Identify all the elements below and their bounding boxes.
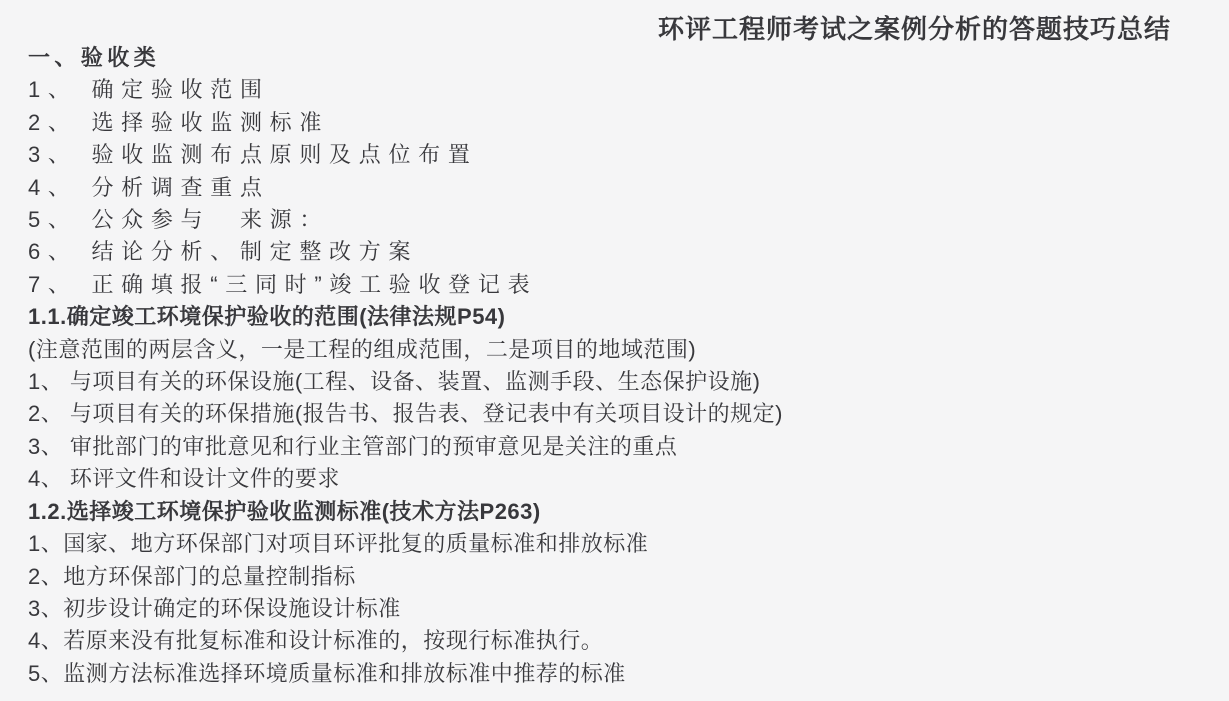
list-item: 3、初步设计确定的环保设施设计标准 xyxy=(28,593,1229,625)
list-item: 5、 公众参与 来源： xyxy=(28,204,1229,236)
list-item: 3、 验收监测布点原则及点位布置 xyxy=(28,139,1229,171)
list-item: 2、 选择验收监测标准 xyxy=(28,107,1229,139)
list-item: 4、若原来没有批复标准和设计标准的，按现行标准执行。 xyxy=(28,625,1229,657)
list-item: 4、 环评文件和设计文件的要求 xyxy=(28,463,1229,495)
list-item: 2、 与项目有关的环保措施(报告书、报告表、登记表中有关项目设计的规定) xyxy=(28,398,1229,430)
document-title: 环评工程师考试之案例分析的答题技巧总结 xyxy=(658,12,1171,46)
list-item: 1、 与项目有关的环保设施(工程、设备、装置、监测手段、生态保护设施) xyxy=(28,366,1229,398)
subsection-heading: 1.2.选择竣工环境保护验收监测标准(技术方法P263) xyxy=(28,496,1229,528)
list-item: 3、 审批部门的审批意见和行业主管部门的预审意见是关注的重点 xyxy=(28,431,1229,463)
list-item: 2、地方环保部门的总量控制指标 xyxy=(28,561,1229,593)
list-item: 6、 结论分析、制定整改方案 xyxy=(28,236,1229,268)
subsection-heading: 1.1.确定竣工环境保护验收的范围(法律法规P54) xyxy=(28,301,1229,333)
list-item: 7、 正确填报“三同时”竣工验收登记表 xyxy=(28,269,1229,301)
paragraph-note: (注意范围的两层含义，一是工程的组成范围，二是项目的地域范围) xyxy=(28,334,1229,366)
section-heading: 一、验收类 xyxy=(28,42,1229,74)
list-item: 1、国家、地方环保部门对项目环评批复的质量标准和排放标准 xyxy=(28,528,1229,560)
list-item: 5、监测方法标准选择环境质量标准和排放标准中推荐的标准 xyxy=(28,658,1229,690)
list-item: 4、 分析调查重点 xyxy=(28,172,1229,204)
list-item: 1、 确定验收范围 xyxy=(28,74,1229,106)
document-body: 一、验收类 1、 确定验收范围 2、 选择验收监测标准 3、 验收监测布点原则及… xyxy=(28,42,1229,690)
